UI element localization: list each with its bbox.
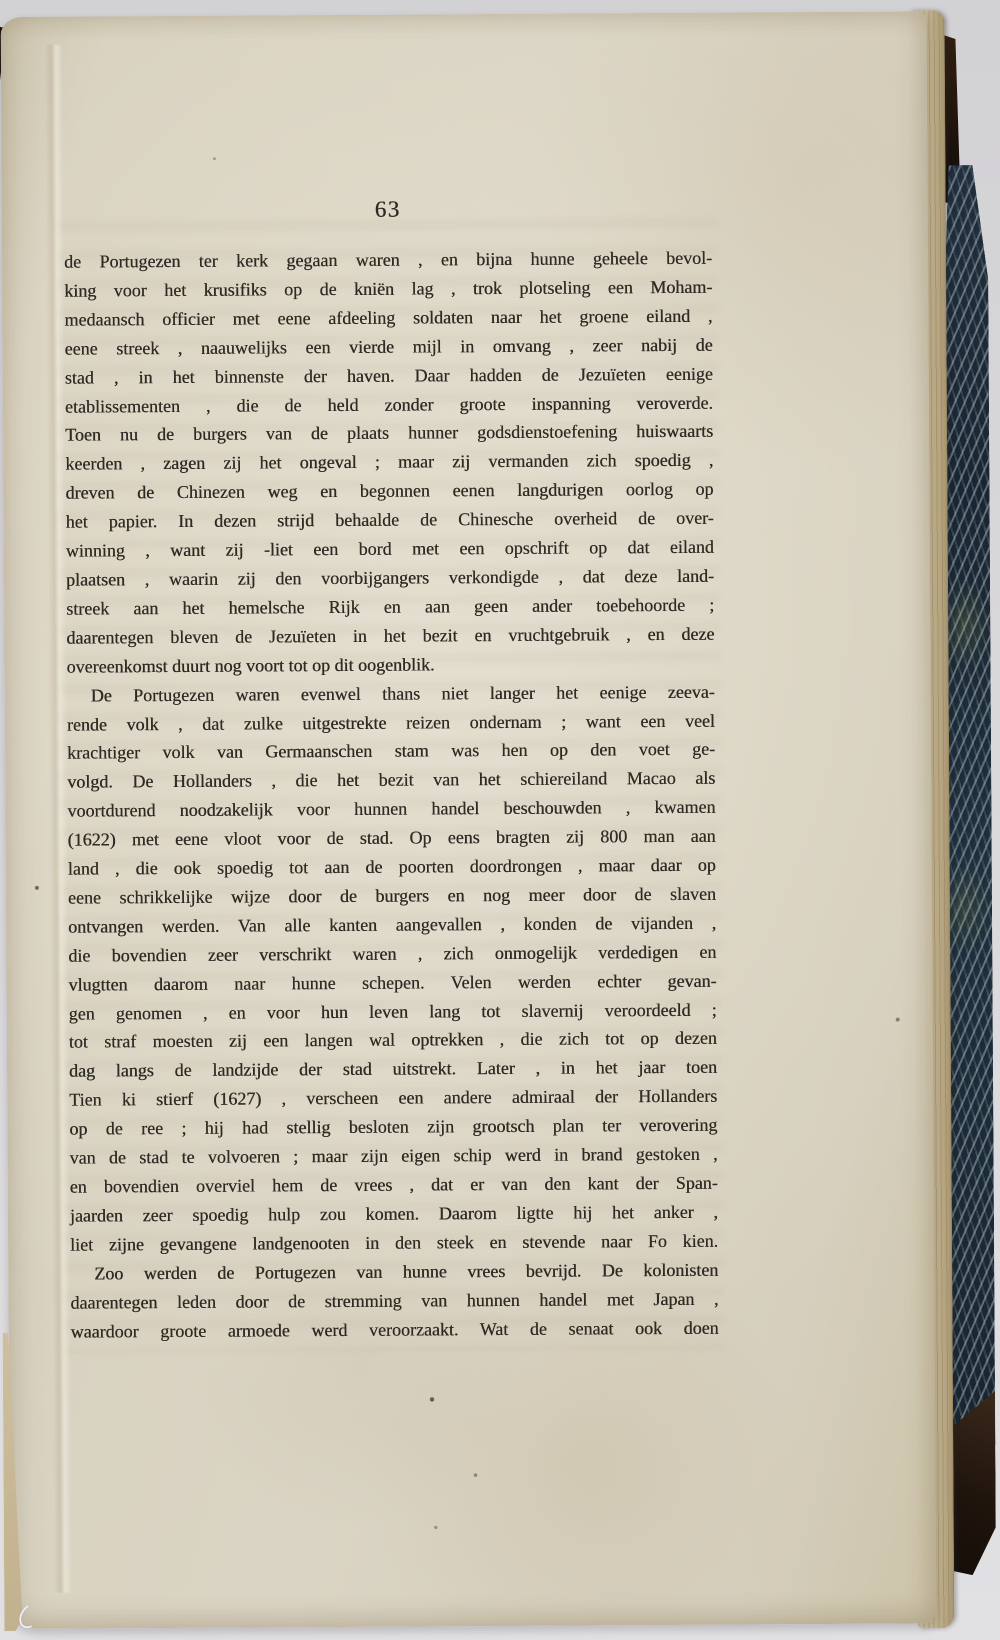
text-line: streek aan het hemelsche Rijk en aan gee… bbox=[66, 591, 714, 624]
text-line: etablissementen , die de held zonder gro… bbox=[65, 388, 713, 421]
page-number: 63 bbox=[64, 195, 712, 225]
text-line: eene streek , naauwelijks een vierde mij… bbox=[65, 330, 713, 363]
text-line: liet zijne gevangene landgenooten in den… bbox=[70, 1226, 718, 1259]
text-line: Tien ki stierf (1627) , verscheen een an… bbox=[69, 1082, 717, 1115]
text-line: jaarden zeer spoedig hulp zou komen. Daa… bbox=[70, 1198, 718, 1231]
text-line: vlugtten daarom naar hunne schepen. Vele… bbox=[68, 966, 716, 999]
text-line: van de stad te volvoeren ; maar zijn eig… bbox=[69, 1140, 717, 1173]
text-line: Toen nu de burgers van de plaats hunner … bbox=[65, 417, 713, 450]
text-line: De Portugezen waren evenwel thans niet l… bbox=[67, 677, 715, 710]
text-line: waardoor groote armoede werd veroorzaakt… bbox=[71, 1313, 719, 1346]
text-line: en bovendien overviel hem de vrees , dat… bbox=[70, 1169, 718, 1202]
text-line: gen genomen , en voor hun leven lang tot… bbox=[69, 995, 717, 1028]
text-line: rende volk , dat zulke uitgestrekte reiz… bbox=[67, 706, 715, 739]
text-line: stad , in het binnenste der haven. Daar … bbox=[65, 359, 713, 392]
text-line: Zoo werden de Portugezen van hunne vrees… bbox=[70, 1255, 718, 1288]
text-line: king voor het krusifiks op de kniën lag … bbox=[64, 273, 712, 306]
text-line: daarentegen leden door de stremming van … bbox=[70, 1284, 718, 1317]
text-line: dreven de Chinezen weg en begonnen eenen… bbox=[65, 475, 713, 508]
text-line: dag langs de landzijde der stad uitstrek… bbox=[69, 1053, 717, 1086]
text-line: ontvangen werden. Van alle kanten aangev… bbox=[68, 909, 716, 942]
text-line: tot straf moesten zij een langen wal opt… bbox=[69, 1024, 717, 1057]
text-line: medaansch officier met eene afdeeling so… bbox=[64, 302, 712, 335]
text-line: de Portugezen ter kerk gegaan waren , en… bbox=[64, 244, 712, 277]
text-line: die bovendien zeer verschrikt waren , zi… bbox=[68, 937, 716, 970]
text-line: het papier. In dezen strijd behaalde de … bbox=[66, 504, 714, 537]
text-line: winning , want zij -liet een bord met ee… bbox=[66, 533, 714, 566]
book: 63 de Portugezen ter kerk gegaan waren ,… bbox=[0, 0, 1000, 1640]
text-line: op de ree ; hij had stellig besloten zij… bbox=[69, 1111, 717, 1144]
foxing-specks bbox=[1, 17, 3, 19]
text-line: eene schrikkelijke wijze door de burgers… bbox=[68, 880, 716, 913]
text-line: plaatsen , waarin zij den voorbijgangers… bbox=[66, 562, 714, 595]
photo-scene: 63 de Portugezen ter kerk gegaan waren ,… bbox=[0, 0, 1000, 1640]
page-text: de Portugezen ter kerk gegaan waren , en… bbox=[64, 244, 719, 1346]
text-line: daarentegen bleven de Jezuïeten in het b… bbox=[66, 619, 714, 652]
text-line: keerden , zagen zij het ongeval ; maar z… bbox=[65, 446, 713, 479]
text-line: voortdurend noodzakelijk voor hunnen han… bbox=[67, 793, 715, 826]
text-line: volgd. De Hollanders , die het bezit van… bbox=[67, 764, 715, 797]
text-line: overeenkomst duurt nog voort tot op dit … bbox=[66, 648, 714, 681]
text-line: land , die ook spoedig tot aan de poorte… bbox=[68, 851, 716, 884]
text-line: (1622) met eene vloot voor de stad. Op e… bbox=[68, 822, 716, 855]
text-line: krachtiger volk van Germaanschen stam wa… bbox=[67, 735, 715, 768]
book-page: 63 de Portugezen ter kerk gegaan waren ,… bbox=[1, 11, 937, 1629]
